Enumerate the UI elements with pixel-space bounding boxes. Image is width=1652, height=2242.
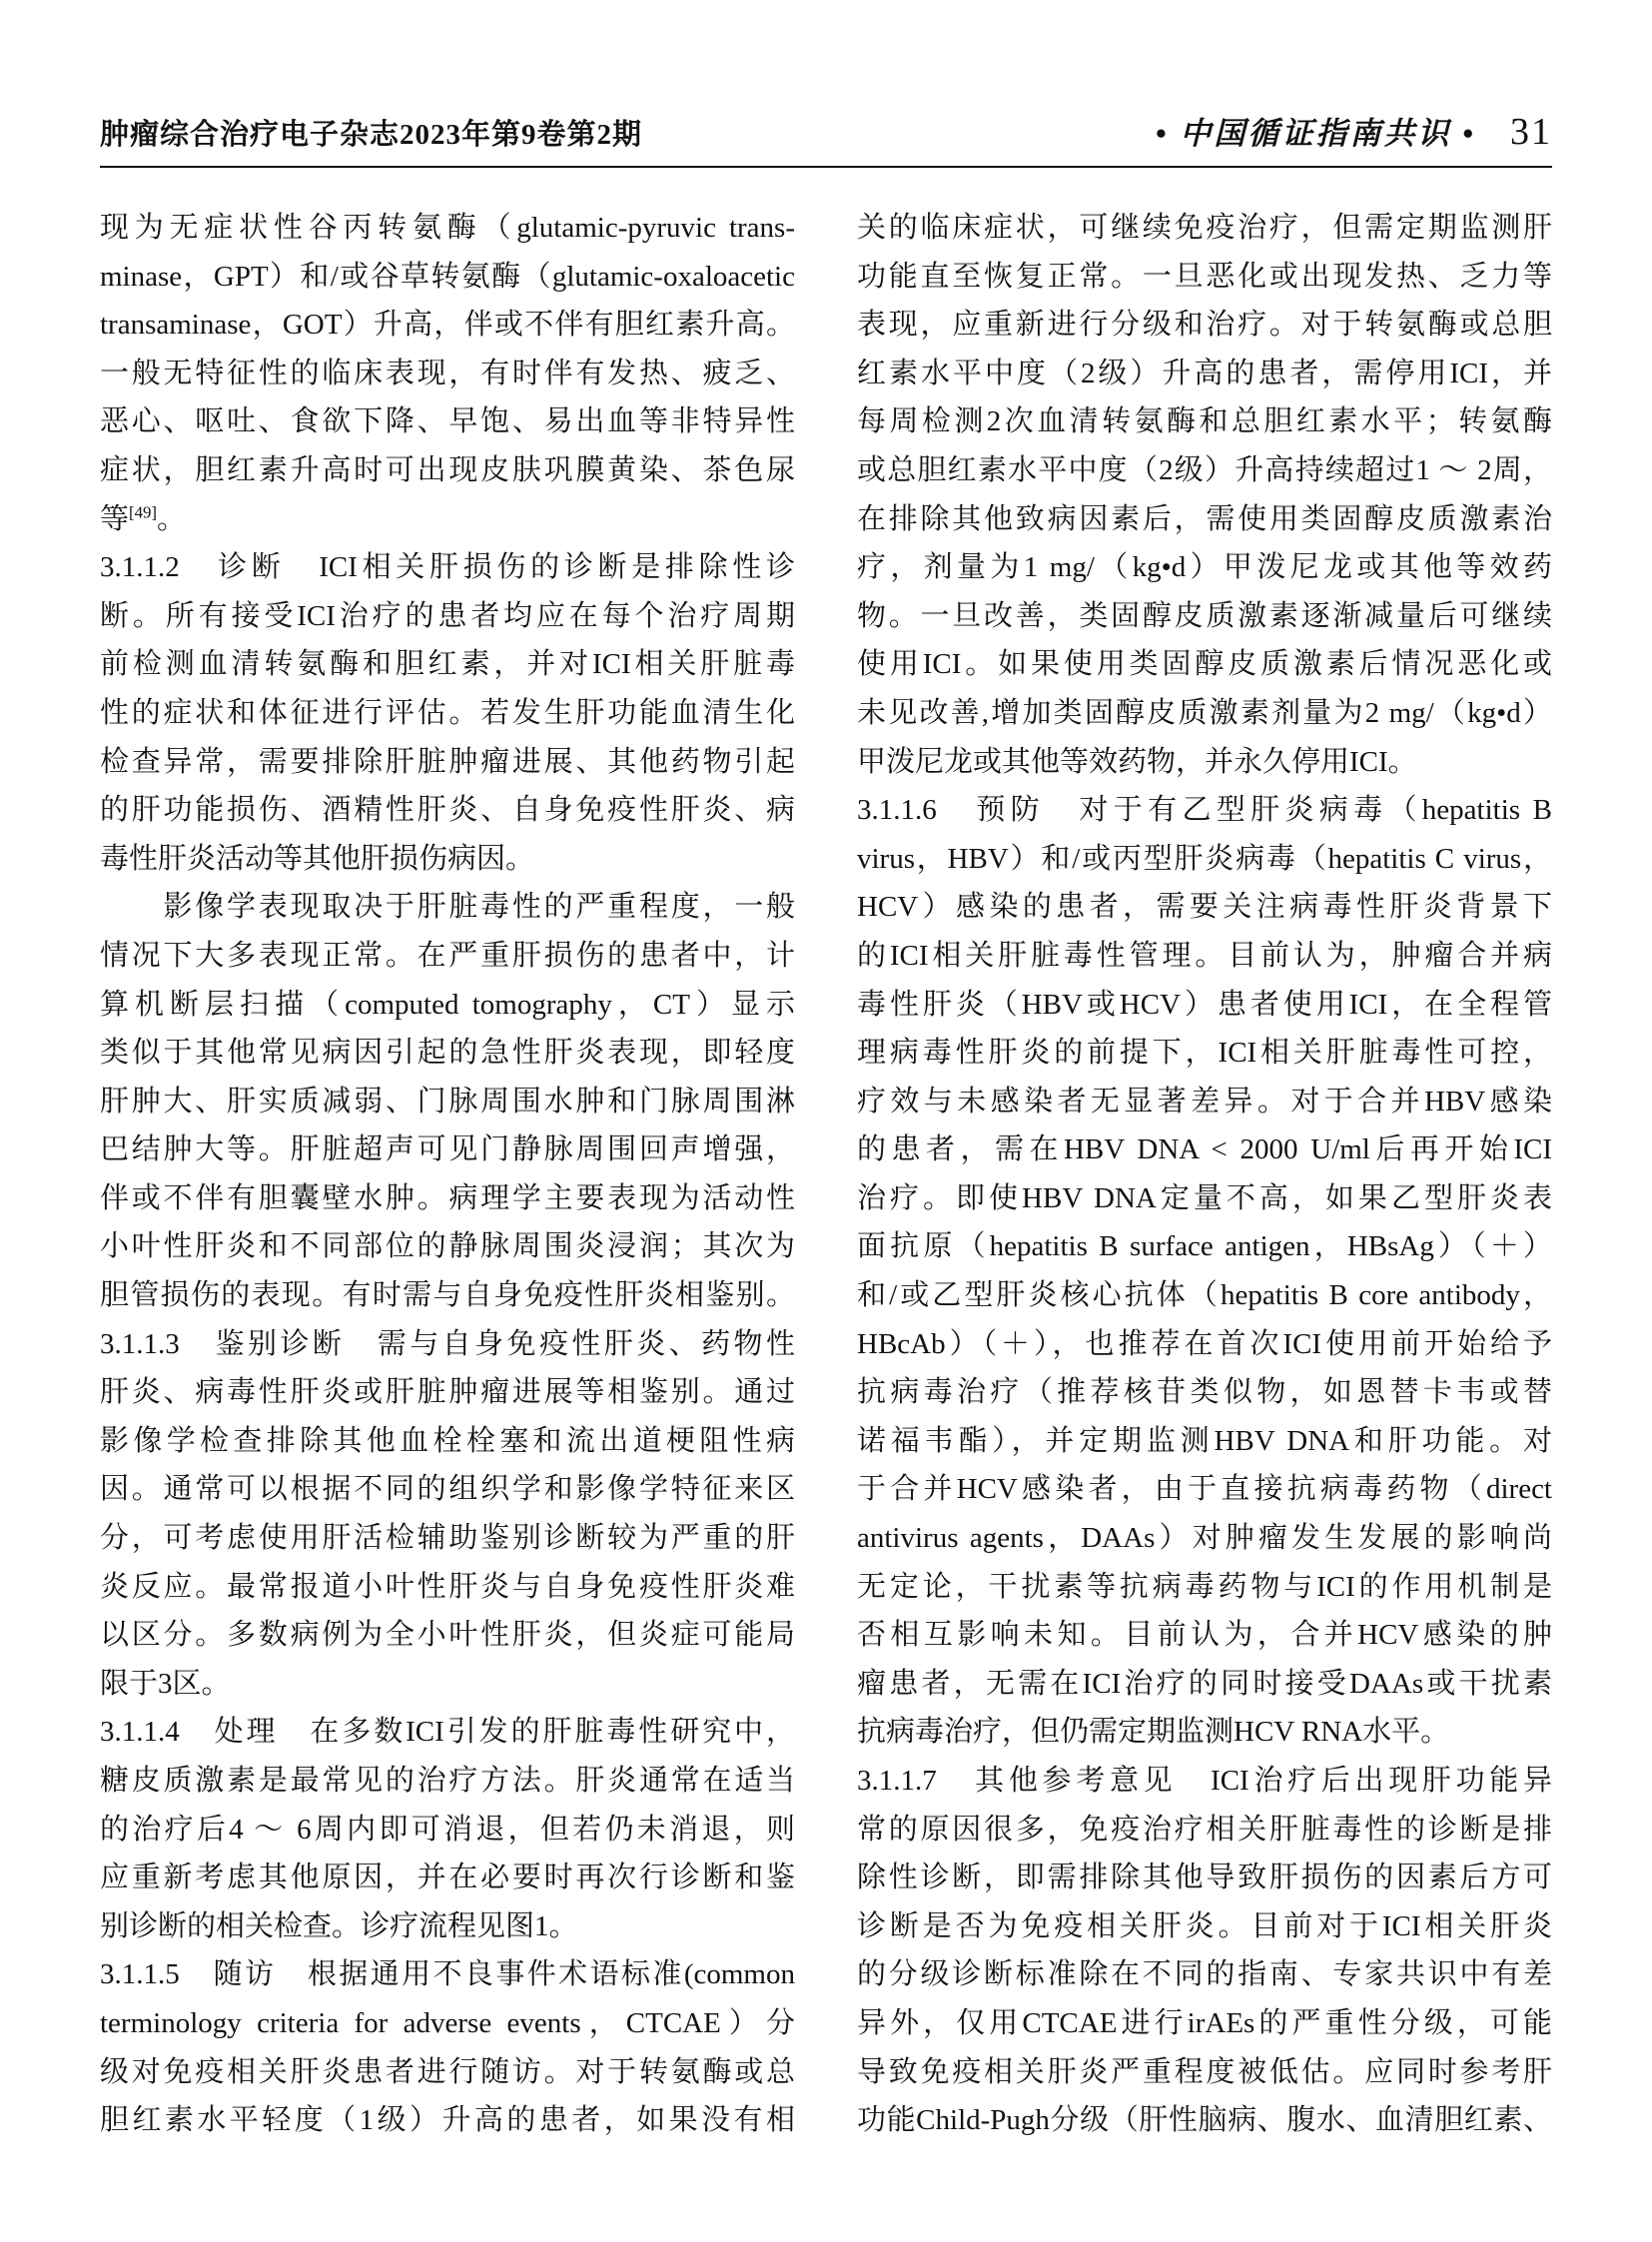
text-line: 影像学表现取决于肝脏毒性的严重程度，一般 bbox=[100, 883, 795, 932]
text-line: 除性诊断，即需排除其他导致肝损伤的因素后方可 bbox=[857, 1854, 1552, 1902]
text-line: 伴或不伴有胆囊壁水肿。病理学主要表现为活动性 bbox=[100, 1174, 795, 1223]
article-body: 现为无症状性谷丙转氨酶（glutamic-pyruvic trans-minas… bbox=[100, 204, 1552, 2145]
text-line: 面抗原（hepatitis B surface antigen，HBsAg）（＋… bbox=[857, 1222, 1552, 1271]
text-line: 糖皮质激素是最常见的治疗方法。肝炎通常在适当 bbox=[100, 1757, 795, 1806]
text-line: 甲泼尼龙或其他等效药物，并永久停用ICI。 bbox=[857, 738, 1552, 787]
text-line: 毒性肝炎（HBV或HCV）患者使用ICI，在全程管 bbox=[857, 981, 1552, 1030]
text-line: 抗病毒治疗（推荐核苷类似物，如恩替卡韦或替 bbox=[857, 1368, 1552, 1417]
text-line: 常的原因很多，免疫治疗相关肝脏毒性的诊断是排 bbox=[857, 1806, 1552, 1855]
text-line: HCV）感染的患者，需要关注病毒性肝炎背景下 bbox=[857, 883, 1552, 932]
text-line: 疗，剂量为1 mg/（kg•d）甲泼尼龙或其他等效药 bbox=[857, 543, 1552, 592]
text-line: 疗效与未感染者无显著差异。对于合并HBV感染 bbox=[857, 1078, 1552, 1126]
text-line: minase，GPT）和/或谷草转氨酶（glutamic-oxaloacetic bbox=[100, 253, 795, 302]
text-line: 性的症状和体征进行评估。若发生肝功能血清生化 bbox=[100, 689, 795, 738]
journal-page: 肿瘤综合治疗电子杂志2023年第9卷第2期 • 中国循证指南共识 • 31 现为… bbox=[0, 0, 1652, 2242]
text-line: 每周检测2次血清转氨酶和总胆红素水平；转氨酶 bbox=[857, 397, 1552, 446]
text-line: 肝炎、病毒性肝炎或肝脏肿瘤进展等相鉴别。通过 bbox=[100, 1368, 795, 1417]
text-line: 胆管损伤的表现。有时需与自身免疫性肝炎相鉴别。 bbox=[100, 1271, 795, 1320]
text-line: 小叶性肝炎和不同部位的静脉周围炎浸润；其次为 bbox=[100, 1222, 795, 1271]
text-line: 3.1.1.5 随访 根据通用不良事件术语标准(common bbox=[100, 1950, 795, 1999]
text-line: 3.1.1.2 诊断 ICI相关肝损伤的诊断是排除性诊 bbox=[100, 543, 795, 592]
text-line: 前检测血清转氨酶和胆红素，并对ICI相关肝脏毒 bbox=[100, 640, 795, 689]
text-line: 症状，胆红素升高时可出现皮肤巩膜黄染、茶色尿 bbox=[100, 446, 795, 495]
text-line: 在排除其他致病因素后，需使用类固醇皮质激素治 bbox=[857, 495, 1552, 544]
text-line: 一般无特征性的临床表现，有时伴有发热、疲乏、 bbox=[100, 350, 795, 398]
text-line: 否相互影响未知。目前认为，合并HCV感染的肿 bbox=[857, 1611, 1552, 1660]
text-line: 3.1.1.6 预防 对于有乙型肝炎病毒（hepatitis B bbox=[857, 786, 1552, 835]
text-line: 以区分。多数病例为全小叶性肝炎，但炎症可能局 bbox=[100, 1611, 795, 1660]
text-line: 和/或乙型肝炎核心抗体（hepatitis B core antibody， bbox=[857, 1271, 1552, 1320]
text-line: 表现，应重新进行分级和治疗。对于转氨酶或总胆 bbox=[857, 301, 1552, 350]
text-line: 功能Child-Pugh分级（肝性脑病、腹水、血清胆红素、 bbox=[857, 2096, 1552, 2145]
column-left: 现为无症状性谷丙转氨酶（glutamic-pyruvic trans-minas… bbox=[100, 204, 795, 2145]
text-line: 的患者，需在HBV DNA < 2000 U/ml后再开始ICI bbox=[857, 1125, 1552, 1174]
text-line: 导致免疫相关肝炎严重程度被低估。应同时参考肝 bbox=[857, 2048, 1552, 2097]
text-line: antivirus agents，DAAs）对肿瘤发生发展的影响尚 bbox=[857, 1514, 1552, 1563]
text-line: 现为无症状性谷丙转氨酶（glutamic-pyruvic trans- bbox=[100, 204, 795, 253]
column-right: 关的临床症状，可继续免疫治疗，但需定期监测肝功能直至恢复正常。一旦恶化或出现发热… bbox=[857, 204, 1552, 2145]
text-line: 应重新考虑其他原因，并在必要时再次行诊断和鉴 bbox=[100, 1854, 795, 1902]
section-label: • 中国循证指南共识 • bbox=[1156, 108, 1476, 153]
text-line: 红素水平中度（2级）升高的患者，需停用ICI，并 bbox=[857, 350, 1552, 398]
text-line: 因。通常可以根据不同的组织学和影像学特征来区 bbox=[100, 1465, 795, 1514]
header-right: • 中国循证指南共识 • 31 bbox=[1156, 108, 1552, 154]
text-line: 肝肿大、肝实质减弱、门脉周围水肿和门脉周围淋 bbox=[100, 1078, 795, 1126]
text-line: 等[49]。 bbox=[100, 495, 795, 544]
text-line: 的分级诊断标准除在不同的指南、专家共识中有差 bbox=[857, 1950, 1552, 1999]
text-line: 断。所有接受ICI治疗的患者均应在每个治疗周期 bbox=[100, 592, 795, 641]
text-line: 无定论，干扰素等抗病毒药物与ICI的作用机制是 bbox=[857, 1563, 1552, 1612]
text-line: 治疗。即使HBV DNA定量不高，如果乙型肝炎表 bbox=[857, 1174, 1552, 1223]
text-line: 理病毒性肝炎的前提下，ICI相关肝脏毒性可控， bbox=[857, 1029, 1552, 1078]
text-line: 或总胆红素水平中度（2级）升高持续超过1 ～ 2周， bbox=[857, 446, 1552, 495]
text-line: 于合并HCV感染者，由于直接抗病毒药物（direct bbox=[857, 1465, 1552, 1514]
page-header: 肿瘤综合治疗电子杂志2023年第9卷第2期 • 中国循证指南共识 • 31 bbox=[100, 108, 1552, 168]
text-line: 类似于其他常见病因引起的急性肝炎表现，即轻度 bbox=[100, 1029, 795, 1078]
text-line: 的ICI相关肝脏毒性管理。目前认为，肿瘤合并病 bbox=[857, 932, 1552, 981]
text-line: 恶心、呕吐、食欲下降、早饱、易出血等非特异性 bbox=[100, 397, 795, 446]
text-line: 情况下大多表现正常。在严重肝损伤的患者中，计 bbox=[100, 932, 795, 981]
text-line: 关的临床症状，可继续免疫治疗，但需定期监测肝 bbox=[857, 204, 1552, 253]
text-line: 胆红素水平轻度（1级）升高的患者，如果没有相 bbox=[100, 2096, 795, 2145]
text-line: 别诊断的相关检查。诊疗流程见图1。 bbox=[100, 1902, 795, 1951]
text-line: 3.1.1.7 其他参考意见 ICI治疗后出现肝功能异 bbox=[857, 1757, 1552, 1806]
text-line: 3.1.1.3 鉴别诊断 需与自身免疫性肝炎、药物性 bbox=[100, 1320, 795, 1369]
text-line: 限于3区。 bbox=[100, 1660, 795, 1709]
text-line: 算机断层扫描（computed tomography，CT）显示 bbox=[100, 981, 795, 1030]
text-line: 使用ICI。如果使用类固醇皮质激素后情况恶化或 bbox=[857, 640, 1552, 689]
text-line: 检查异常，需要排除肝脏肿瘤进展、其他药物引起 bbox=[100, 738, 795, 787]
text-line: 巴结肿大等。肝脏超声可见门静脉周围回声增强， bbox=[100, 1125, 795, 1174]
text-line: 的肝功能损伤、酒精性肝炎、自身免疫性肝炎、病 bbox=[100, 786, 795, 835]
text-line: 的治疗后4 ～ 6周内即可消退，但若仍未消退，则 bbox=[100, 1806, 795, 1855]
text-line: 级对免疫相关肝炎患者进行随访。对于转氨酶或总 bbox=[100, 2048, 795, 2097]
text-line: terminology criteria for adverse events，… bbox=[100, 1999, 795, 2048]
text-line: 炎反应。最常报道小叶性肝炎与自身免疫性肝炎难 bbox=[100, 1563, 795, 1612]
journal-title: 肿瘤综合治疗电子杂志2023年第9卷第2期 bbox=[100, 112, 642, 153]
text-line: 分，可考虑使用肝活检辅助鉴别诊断较为严重的肝 bbox=[100, 1514, 795, 1563]
text-line: 未见改善,增加类固醇皮质激素剂量为2 mg/（kg•d） bbox=[857, 689, 1552, 738]
text-line: 瘤患者，无需在ICI治疗的同时接受DAAs或干扰素 bbox=[857, 1660, 1552, 1709]
text-line: 异外，仅用CTCAE进行irAEs的严重性分级，可能 bbox=[857, 1999, 1552, 2048]
text-line: 物。一旦改善，类固醇皮质激素逐渐减量后可继续 bbox=[857, 592, 1552, 641]
text-line: 毒性肝炎活动等其他肝损伤病因。 bbox=[100, 835, 795, 884]
text-line: HBcAb）（＋），也推荐在首次ICI使用前开始给予 bbox=[857, 1320, 1552, 1369]
text-line: 抗病毒治疗，但仍需定期监测HCV RNA水平。 bbox=[857, 1708, 1552, 1757]
text-line: virus，HBV）和/或丙型肝炎病毒（hepatitis C virus， bbox=[857, 835, 1552, 884]
text-line: 诊断是否为免疫相关肝炎。目前对于ICI相关肝炎 bbox=[857, 1902, 1552, 1951]
text-line: transaminase，GOT）升高，伴或不伴有胆红素升高。 bbox=[100, 301, 795, 350]
page-number: 31 bbox=[1510, 110, 1552, 154]
text-line: 3.1.1.4 处理 在多数ICI引发的肝脏毒性研究中， bbox=[100, 1708, 795, 1757]
text-line: 功能直至恢复正常。一旦恶化或出现发热、乏力等 bbox=[857, 253, 1552, 302]
text-line: 诺福韦酯），并定期监测HBV DNA和肝功能。对 bbox=[857, 1417, 1552, 1466]
text-line: 影像学检查排除其他血栓栓塞和流出道梗阻性病 bbox=[100, 1417, 795, 1466]
